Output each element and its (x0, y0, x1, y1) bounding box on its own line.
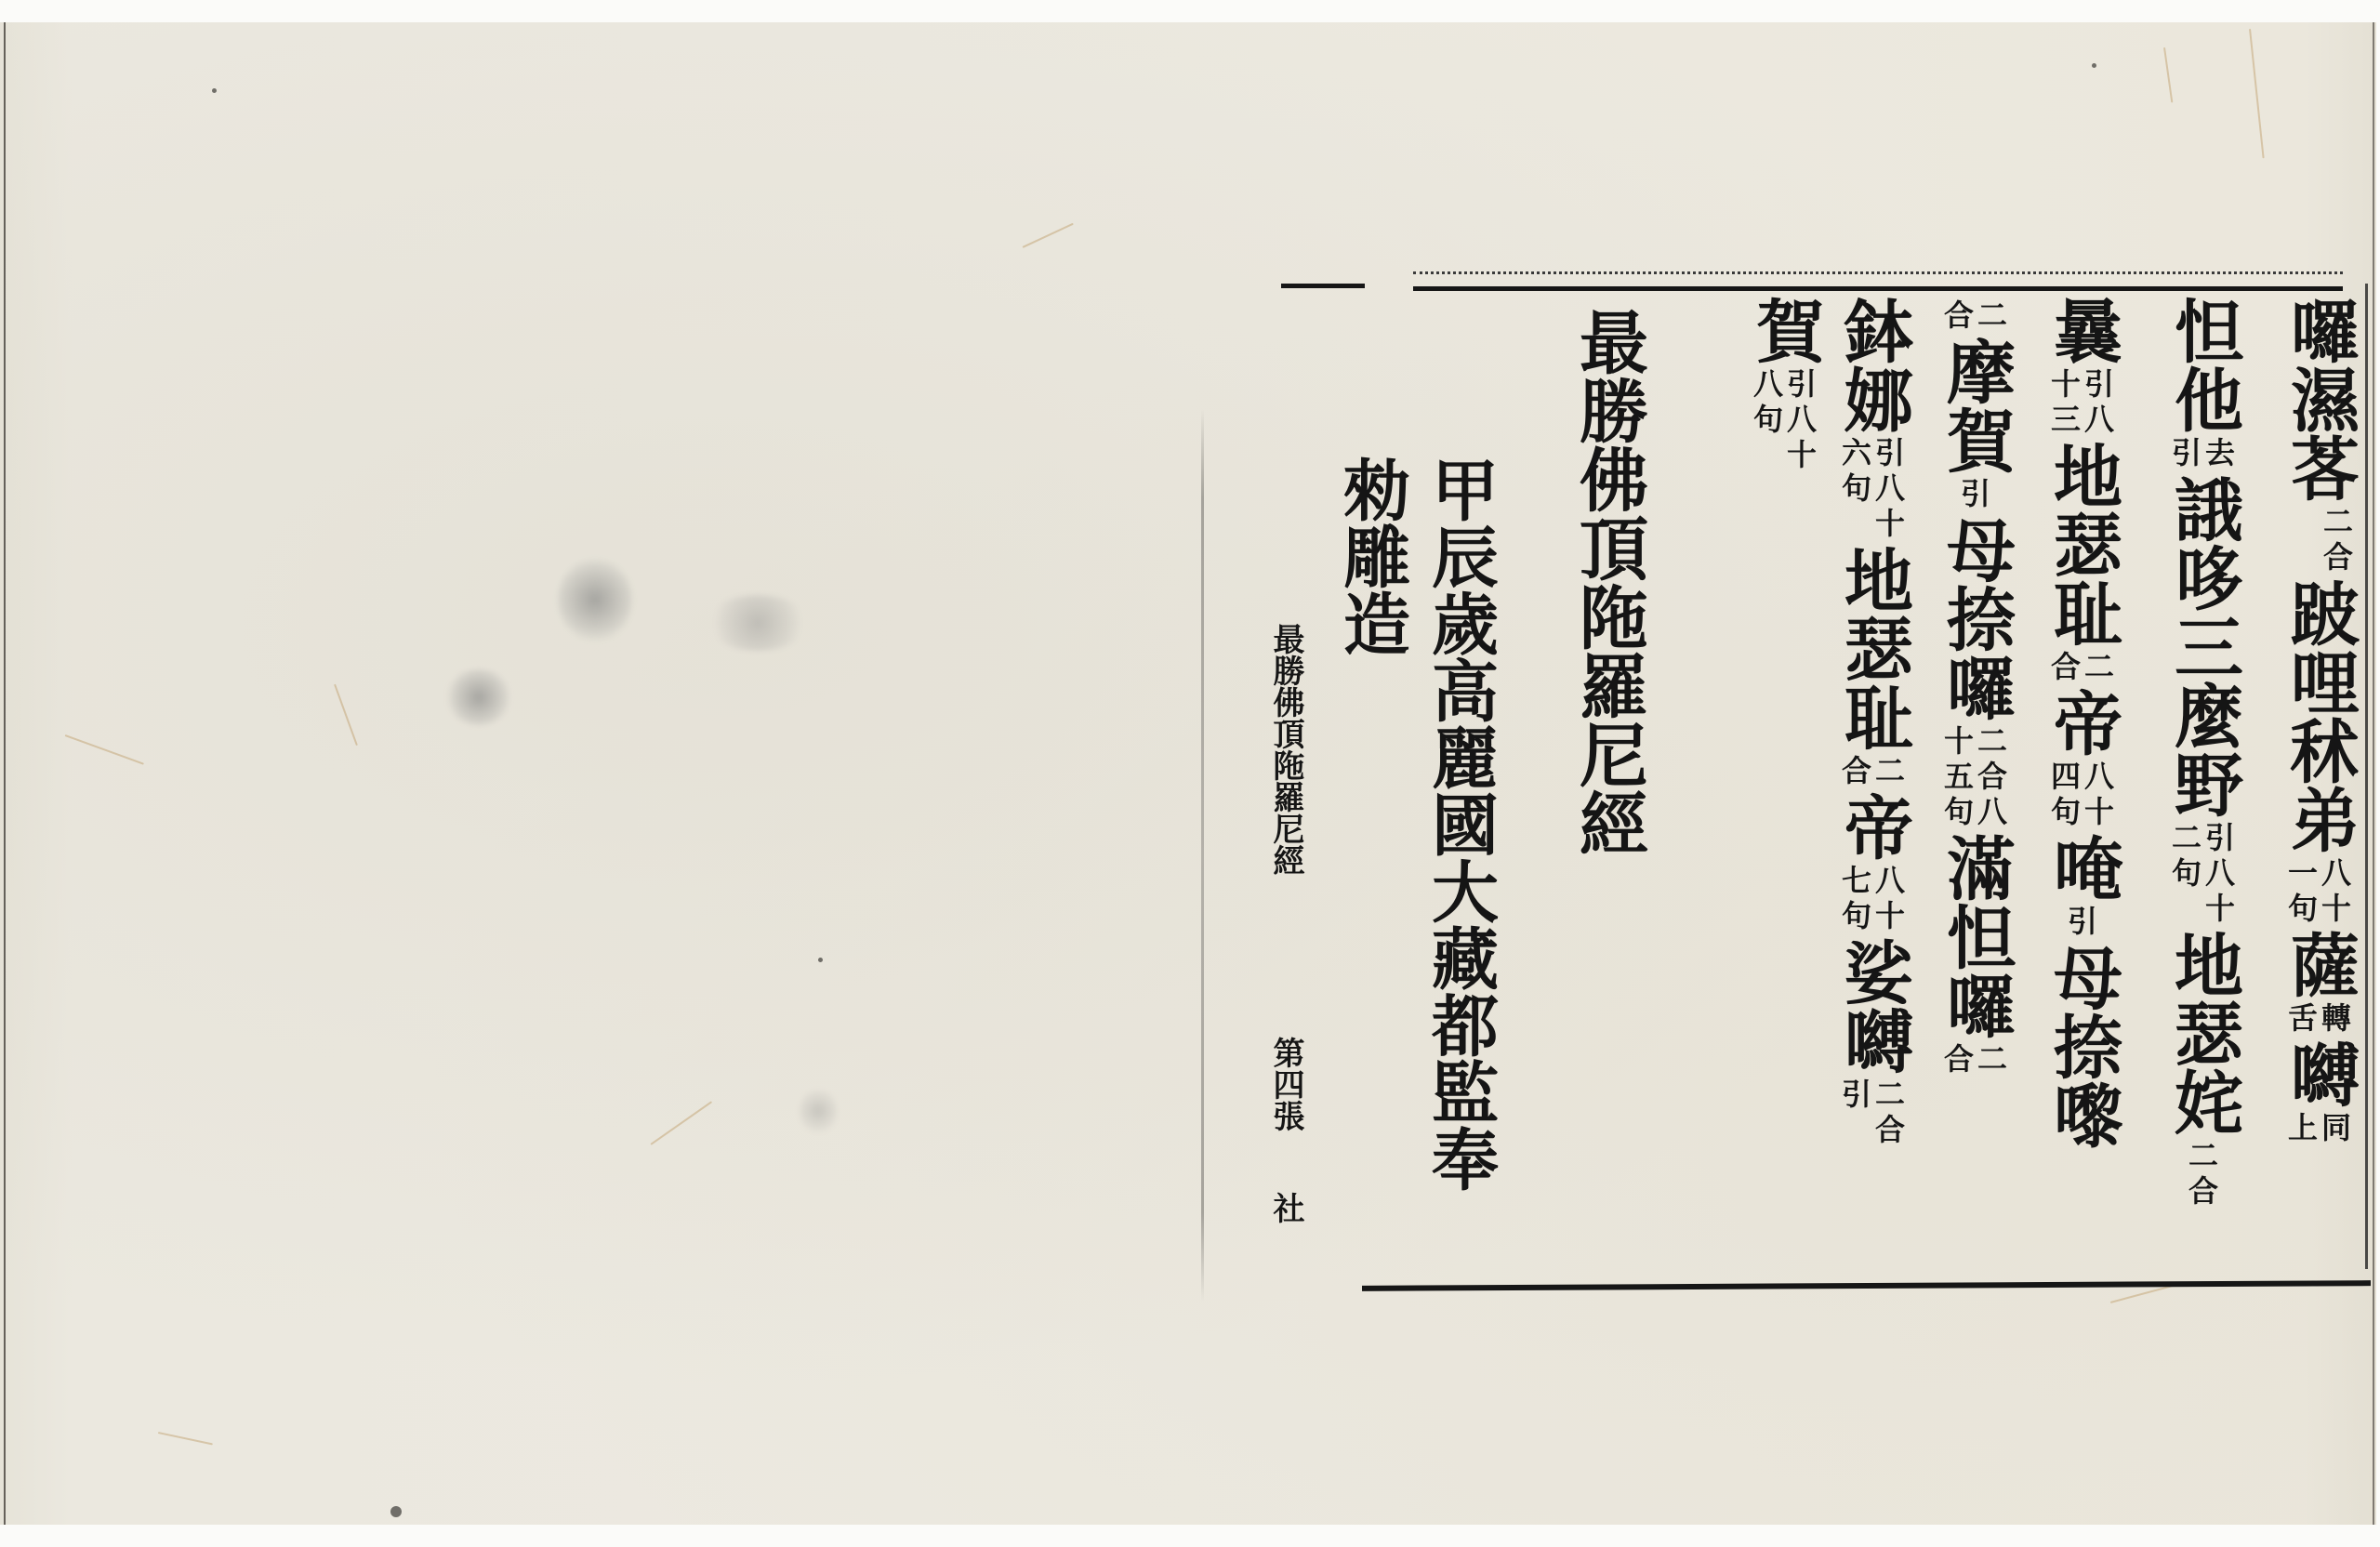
margin-sutra-name: 最勝佛頂陁羅尼經 (1263, 623, 1309, 876)
colophon-text: 勑雕造 (1330, 456, 1412, 656)
top-rule-left-segment (1281, 284, 1365, 288)
glyphs: 地瑟姹 (2163, 930, 2243, 1136)
annotation: 二 合 (1944, 297, 2007, 333)
paper-speck (2092, 63, 2096, 68)
paper-speck (390, 1506, 402, 1517)
title-text: 最勝佛頂陁羅尼經 (1566, 307, 1651, 857)
dharani-column-4: 二 合 摩賀 引 母捺囉 二合八 十五句 滿怛囉 二 合 (1924, 296, 2027, 1080)
page-left-edge (4, 22, 6, 1525)
glyphs: 賀 (1745, 296, 1825, 364)
annotation: 引 (2068, 904, 2097, 939)
colophon-line-2: 勑雕造 (1329, 456, 1413, 656)
sheet-number: 第四張 (1267, 1037, 1304, 1131)
glyphs: 帝 (2043, 688, 2122, 757)
glyphs: 跛哩秫弟 (2280, 578, 2360, 853)
annotation: 引八 十三 (2051, 366, 2114, 437)
dharani-column-3: 曩 引八 十三 地瑟耻 二 合 帝 八十 四句 唵 引 母捺嚟 (2027, 296, 2138, 1149)
glyphs: 嚩 (2280, 1039, 2360, 1108)
glyphs: 曩 (2043, 296, 2122, 364)
annotation: 引八十 二句 (2172, 820, 2235, 926)
annotation: 二 合 (1944, 1041, 2007, 1077)
glyphs: 娑嚩 (1833, 937, 1913, 1075)
dharani-column-6: 賀 引八十 八句 (1739, 296, 1831, 476)
annotation: 二 合 (2051, 649, 2114, 684)
ink-smudge (707, 595, 809, 651)
annotation: 八十 七句 (1842, 863, 1905, 933)
glyphs: 唵 (2043, 833, 2122, 902)
top-rule (1413, 286, 2343, 291)
annotation: 八十 一句 (2288, 855, 2351, 926)
dharani-column-1: 囉濕茖 二合 跛哩秫弟 八十 一句 薩 轉 舌 嚩 同 上 (2268, 296, 2371, 1149)
glyphs: 薩 (2280, 930, 2360, 998)
glyphs: 鉢娜 (1833, 296, 1913, 433)
annotation: 二合 (2323, 504, 2353, 575)
annotation: 二合 (2188, 1138, 2218, 1209)
paper-speck (212, 88, 217, 93)
paper-speck (818, 958, 823, 962)
annotation: 二合 引 (1842, 1077, 1905, 1147)
dharani-column-5: 鉢娜 引八十 六句 地瑟耻 二 合 帝 八十 七句 娑嚩 二合 引 (1822, 296, 1924, 1151)
glyphs: 怛他 (2163, 296, 2243, 433)
annotation: 轉 舌 (2288, 1000, 2351, 1036)
closing-sutra-title: 最勝佛頂陁羅尼經 (1562, 307, 1655, 857)
glyphs: 帝 (1833, 792, 1913, 861)
colophon-text: 甲辰歲高麗國大藏都監奉 (1419, 456, 1501, 1192)
ink-smudge (446, 669, 511, 725)
glyphs: 摩賀 (1936, 337, 2016, 474)
ink-smudge (558, 558, 632, 641)
glyphs: 地瑟耻 (2043, 441, 2122, 647)
ink-smudge (800, 1088, 837, 1134)
glyphs: 滿怛囉 (1936, 833, 2016, 1039)
annotation: 引八十 八句 (1753, 366, 1817, 472)
glyphs: 母捺囉 (1936, 515, 2016, 721)
glyphs: 誐哆三麼野 (2163, 474, 2243, 818)
glyphs: 母捺嚟 (2043, 943, 2122, 1149)
center-fold-line (1201, 409, 1204, 1302)
top-rule-broken (1413, 271, 2343, 274)
glyphs: 地瑟耻 (1833, 545, 1913, 751)
page-right-edge (2373, 22, 2374, 1525)
annotation: 引 (1961, 476, 1990, 511)
annotation: 同 上 (2288, 1110, 2351, 1145)
margin-text: 最勝佛頂陁羅尼經 (1267, 623, 1304, 876)
dharani-column-2: 怛他 去 引 誐哆三麼野 引八十 二句 地瑟姹 二合 (2148, 296, 2259, 1212)
annotation: 引八十 六句 (1842, 435, 1905, 541)
annotation: 二合八 十五句 (1944, 723, 2007, 829)
glyphs: 囉濕茖 (2280, 296, 2360, 502)
annotation: 八十 四句 (2051, 759, 2114, 829)
annotation: 二 合 (1842, 753, 1905, 788)
margin-sheet-number: 第四張 (1263, 1037, 1309, 1131)
carver-mark: 社 (1267, 1192, 1304, 1223)
margin-carver-mark: 社 (1263, 1192, 1309, 1223)
colophon-line-1: 甲辰歲高麗國大藏都監奉 (1413, 456, 1506, 1192)
annotation: 去 引 (2172, 435, 2235, 470)
